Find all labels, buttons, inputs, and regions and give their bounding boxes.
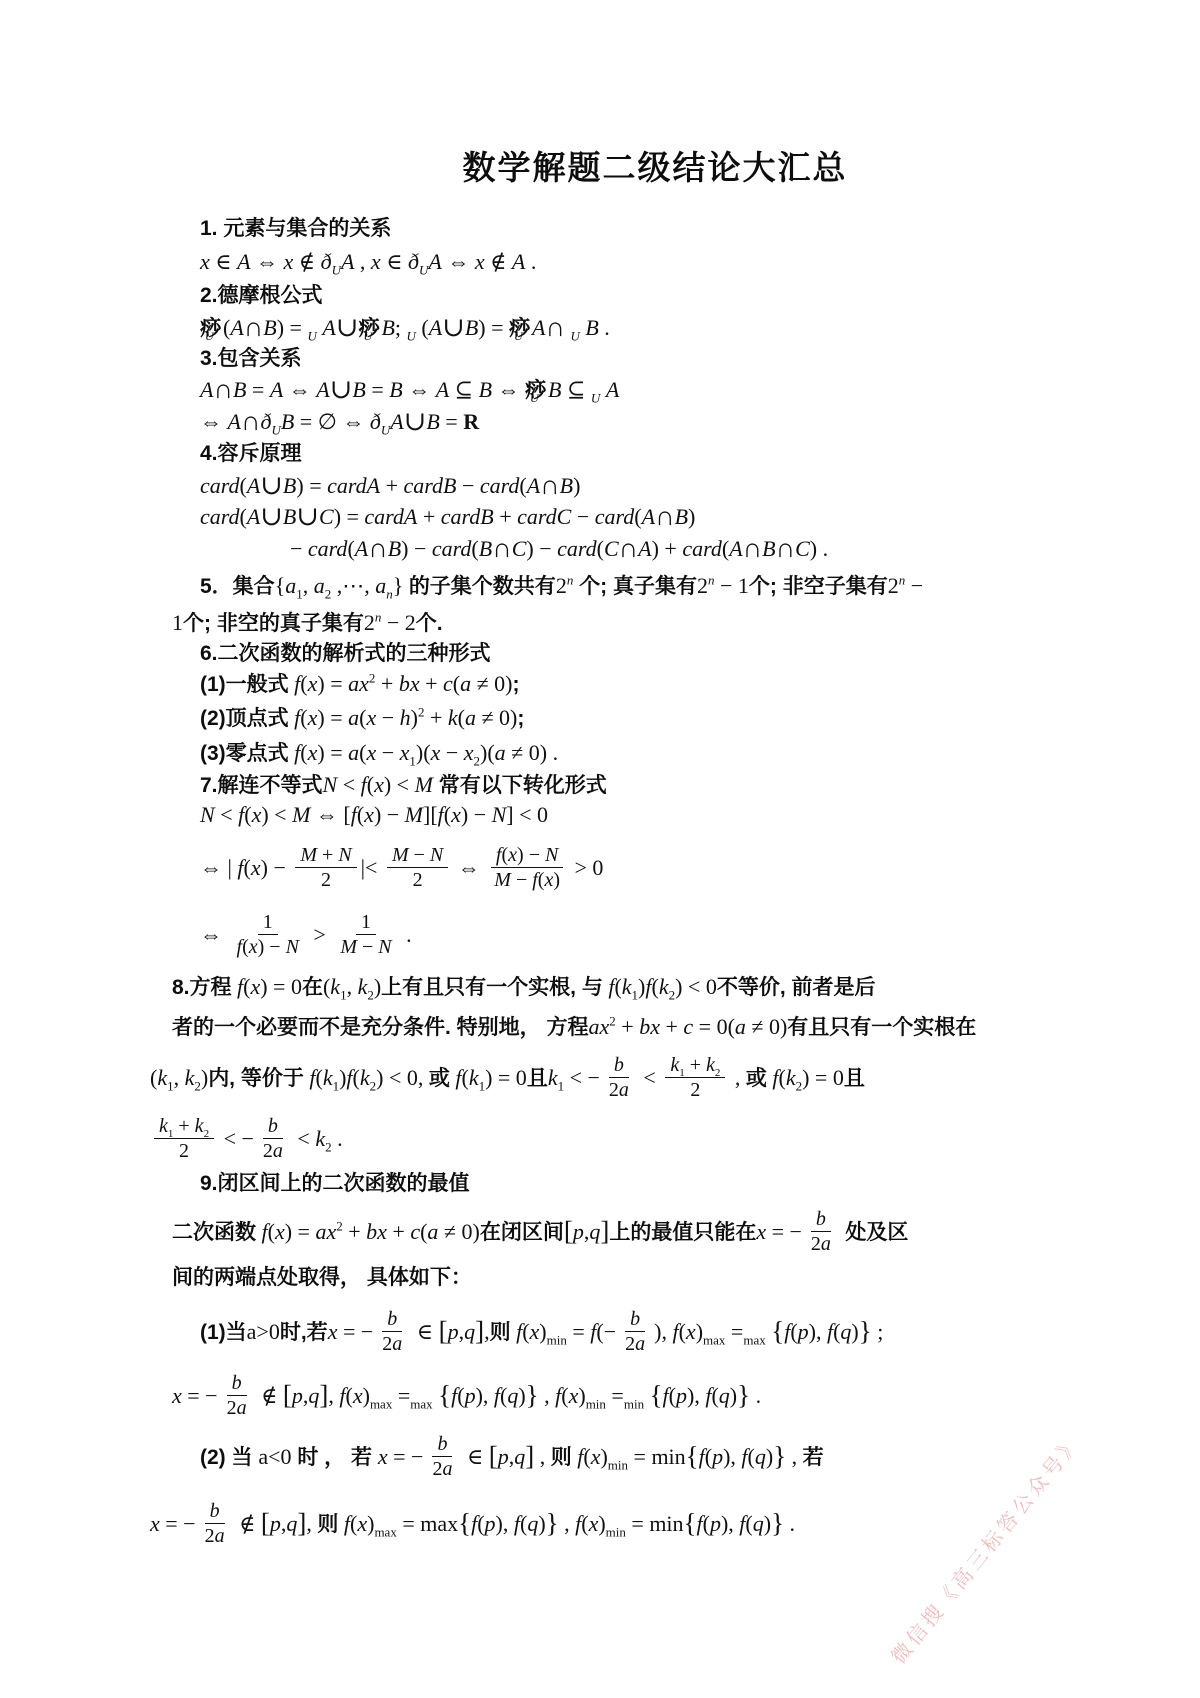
formula-6b: (2)顶点式 f(x) = a(x − h)2 + k(a ≠ 0); (150, 700, 1160, 735)
heading-3: 3.包含关系 (150, 342, 1160, 373)
fraction: b2a (222, 1371, 252, 1420)
formula-2: 痧U(A∩B) = U A∪痧UB; U (A∪B) = 痧UA∩ U B . (150, 310, 1160, 342)
para-8d: k1 + k22 < −b2a < k2 . (150, 1110, 1160, 1168)
complement-glyph: 痧U (525, 376, 546, 406)
document-body: 数学解题二级结论大汇总 1. 元素与集合的关系x ∈ A ⇔ x ∉ ðUA ,… (150, 0, 1160, 1555)
fraction: M + N2 (295, 843, 356, 892)
complement-glyph: 痧U (509, 313, 530, 345)
fraction: f(x) − NM − f(x) (489, 843, 565, 892)
document-lines: 1. 元素与集合的关系x ∈ A ⇔ x ∉ ðUA , x ∈ ðUA ⇔ x… (150, 213, 1160, 1555)
heading-4: 4.容斥原理 (150, 438, 1160, 468)
fraction: b2a (427, 1432, 457, 1481)
para-8a: 8.方程 f(x) = 0在(k1, k2)上有且只有一个实根, 与 f(k1)… (150, 965, 1160, 1008)
formula-7b: ⇔ | f(x) − M + N2|< M − N2 ⇔ f(x) − NM −… (150, 830, 1160, 905)
complement-glyph: 痧U (200, 313, 221, 345)
fraction: 1f(x) − N (232, 910, 304, 959)
para-5b: 1个; 非空的真子集有2n − 2个. (150, 607, 1160, 638)
fraction: k1 + k22 (154, 1114, 214, 1163)
heading-6: 6.二次函数的解析式的三种形式 (150, 638, 1160, 668)
fraction: b2a (604, 1053, 634, 1102)
para-8c: (k1, k2)内, 等价于 f(k1)f(k2) < 0, 或 f(k1) =… (150, 1045, 1160, 1110)
page-title: 数学解题二级结论大汇总 (150, 146, 1160, 190)
para-9b: 间的两端点处取得， 具体如下： (150, 1262, 1160, 1292)
formula-6a: (1)一般式 f(x) = ax2 + bx + c(a ≠ 0); (150, 668, 1160, 700)
heading-7: 7.解连不等式N < f(x) < M 常有以下转化形式 (150, 770, 1160, 800)
document-page: 数学解题二级结论大汇总 1. 元素与集合的关系x ∈ A ⇔ x ∉ ðUA ,… (0, 0, 1200, 1698)
complement-glyph: 痧U (358, 313, 379, 345)
formula-4c: − card(A∩B) − card(B∩C) − card(C∩A) + ca… (150, 530, 1160, 565)
fraction: b2a (377, 1307, 407, 1356)
para-8b: 者的一个必要而不是充分条件. 特别地， 方程ax2 + bx + c = 0(a… (150, 1008, 1160, 1045)
fraction: b2a (806, 1207, 836, 1256)
para-9c: (1)当a>0时,若x = −b2a ∈ [p,q],则 f(x)min = f… (150, 1292, 1160, 1368)
fraction: b2a (200, 1499, 230, 1548)
heading-9: 9.闭区间上的二次函数的最值 (150, 1168, 1160, 1198)
formula-4b: card(A∪B∪C) = cardA + cardB + cardC − ca… (150, 500, 1160, 530)
formula-7a: N < f(x) < M ⇔ [f(x) − M][f(x) − N] < 0 (150, 800, 1160, 830)
fraction: k1 + k22 (665, 1053, 725, 1102)
formula-6c: (3)零点式 f(x) = a(x − x1)(x − x2)(a ≠ 0) . (150, 735, 1160, 770)
fraction: 1M − N (335, 910, 396, 959)
heading-2: 2.德摩根公式 (150, 280, 1160, 310)
formula-3a: A∩B = A ⇔ A∪B = B ⇔ A ⊆ B ⇔ 痧UB ⊆ U A (150, 373, 1160, 403)
fraction: b2a (258, 1114, 288, 1163)
fraction: b2a (620, 1307, 650, 1356)
para-9a: 二次函数 f(x) = ax2 + bx + c(a ≠ 0)在闭区间[p,q]… (150, 1198, 1160, 1262)
heading-1: 1. 元素与集合的关系 (150, 213, 1160, 243)
para-9e: (2) 当 a<0 时 ， 若 x = −b2a ∈ [p,q] , 则 f(x… (150, 1420, 1160, 1490)
formula-3b: ⇔ A∩ðUB = ∅ ⇔ ðUA∪B = R (150, 403, 1160, 438)
fraction: M − N2 (387, 843, 448, 892)
para-5a: 5．集合{a1, a2 ,⋯, an} 的子集个数共有2n 个; 真子集有2n … (150, 565, 1160, 607)
formula-7c: ⇔ 1f(x) − N > 1M − N . (150, 905, 1160, 965)
para-9d: x = −b2a ∉ [p,q], f(x)max =max {f(p), f(… (150, 1368, 1160, 1420)
formula-4a: card(A∪B) = cardA + cardB − card(A∩B) (150, 468, 1160, 500)
formula-1: x ∈ A ⇔ x ∉ ðUA , x ∈ ðUA ⇔ x ∉ A . (150, 243, 1160, 280)
